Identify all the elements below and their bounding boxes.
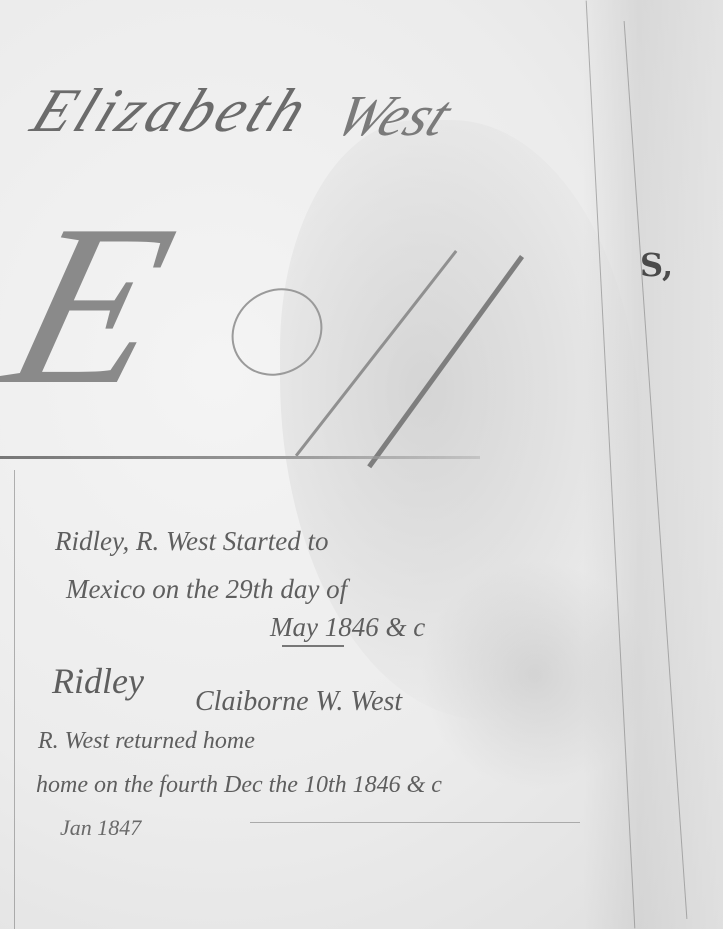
ruled-line: [0, 456, 480, 459]
entry-line-4-fullname: Claiborne W. West: [195, 686, 402, 718]
margin-mark: S,: [640, 246, 673, 284]
crease-line: [14, 470, 15, 929]
entry-line-3: May 1846 & c: [270, 612, 425, 643]
entry-line-2: Mexico on the 29th day of: [66, 574, 347, 605]
paper-fold-right: [583, 0, 723, 929]
underline: [282, 645, 344, 647]
document-page: Elizabeth West E S, Ridley, R. West Star…: [0, 0, 723, 929]
entry-line-7-date: Jan 1847: [60, 815, 141, 841]
ornamental-initial: E: [0, 190, 191, 420]
heading-first-name: Elizabeth: [22, 76, 321, 147]
entry-line-5: R. West returned home: [38, 728, 255, 755]
entry-line-1: Ridley, R. West Started to: [55, 526, 328, 557]
entry-line-4-name: Ridley: [52, 660, 144, 702]
underline: [250, 822, 580, 823]
entry-line-6: home on the fourth Dec the 10th 1846 & c: [36, 772, 442, 799]
